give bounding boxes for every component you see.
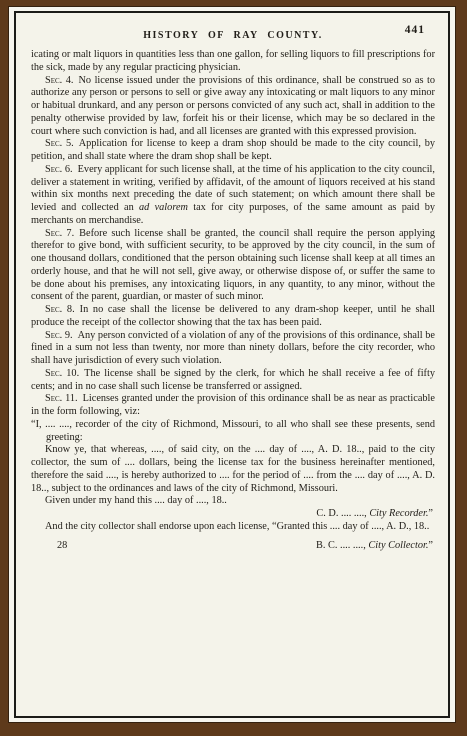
section-label: Sec. 4. xyxy=(45,75,73,86)
section-label: Sec. 10. xyxy=(45,368,79,379)
text-run: “I, .... ...., recorder of the city of R… xyxy=(31,419,435,443)
book-page: HISTORY OF RAY COUNTY. 441 icating or ma… xyxy=(8,6,456,723)
page-rule-frame: HISTORY OF RAY COUNTY. 441 icating or ma… xyxy=(14,11,450,718)
text-run: ” xyxy=(428,508,433,519)
section-paragraph: Sec. 5.Application for license to keep a… xyxy=(31,138,435,164)
text-run: Application for license to keep a dram s… xyxy=(31,138,435,162)
section-paragraph: Sec. 8.In no case shall the license be d… xyxy=(31,304,435,330)
section-label: Sec. 8. xyxy=(45,304,75,315)
section-label: Sec. 5. xyxy=(45,138,74,149)
section-paragraph: Sec. 9.Any person convicted of a violati… xyxy=(31,330,435,368)
italic-text-run: City Recorder. xyxy=(369,508,428,519)
section-paragraph: Sec. 6.Every applicant for such license … xyxy=(31,164,435,228)
text-run: C. D. .... ...., xyxy=(316,508,369,519)
text-run: And the city collector shall endorse upo… xyxy=(45,521,429,532)
collector-signature-row: 28B. C. .... ...., City Collector.” xyxy=(31,540,435,553)
section-paragraph: Sec. 7.Before such license shall be gran… xyxy=(31,228,435,305)
text-run: Any person convicted of a violation of a… xyxy=(31,330,435,367)
text-run: icating or malt liquors in quantities le… xyxy=(31,49,435,73)
book-cover-border: HISTORY OF RAY COUNTY. 441 icating or ma… xyxy=(0,0,467,736)
italic-text-run: ad valorem xyxy=(139,202,188,213)
collector-endorsement-paragraph: And the city collector shall endorse upo… xyxy=(31,521,435,534)
section-paragraph: Sec. 4.No license issued under the provi… xyxy=(31,75,435,139)
text-run: Licenses granted under the provision of … xyxy=(31,393,435,417)
text-run: In no case shall the license be delivere… xyxy=(31,304,435,328)
continuation-paragraph: icating or malt liquors in quantities le… xyxy=(31,49,435,75)
license-form-body: Know ye, that whereas, ...., of said cit… xyxy=(31,444,435,495)
section-label: Sec. 9. xyxy=(45,330,73,341)
text-run: No license issued under the provisions o… xyxy=(31,75,435,137)
license-form-dateline: Given under my hand this .... day of ...… xyxy=(31,495,435,508)
section-label: Sec. 11. xyxy=(45,393,78,404)
signature-line: B. C. .... ...., City Collector.” xyxy=(316,540,435,553)
text-run: Know ye, that whereas, ...., of said cit… xyxy=(31,444,435,493)
license-form-opening: “I, .... ...., recorder of the city of R… xyxy=(31,419,435,445)
page-header: HISTORY OF RAY COUNTY. 441 xyxy=(31,25,435,39)
text-run: ” xyxy=(428,540,433,551)
italic-text-run: City Collector. xyxy=(368,540,428,551)
recorder-signature-row: C. D. .... ...., City Recorder.” xyxy=(31,508,435,521)
text-run: Before such license shall be granted, th… xyxy=(31,228,435,303)
printer-signature-mark: 28 xyxy=(31,540,67,553)
section-label: Sec. 7. xyxy=(45,228,74,239)
text-run: Given under my hand this .... day of ...… xyxy=(45,495,227,506)
section-label: Sec. 6. xyxy=(45,164,73,175)
section-paragraph: Sec. 10.The license shall be signed by t… xyxy=(31,368,435,394)
running-title: HISTORY OF RAY COUNTY. xyxy=(143,30,323,41)
text-run: B. C. .... ...., xyxy=(316,540,368,551)
page-number: 441 xyxy=(405,24,425,36)
signature-line: C. D. .... ...., City Recorder.” xyxy=(316,508,435,521)
section-paragraph: Sec. 11.Licenses granted under the provi… xyxy=(31,393,435,419)
text-run: The license shall be signed by the clerk… xyxy=(31,368,435,392)
page-body: icating or malt liquors in quantities le… xyxy=(31,49,435,552)
printer-signature-mark xyxy=(31,508,57,521)
